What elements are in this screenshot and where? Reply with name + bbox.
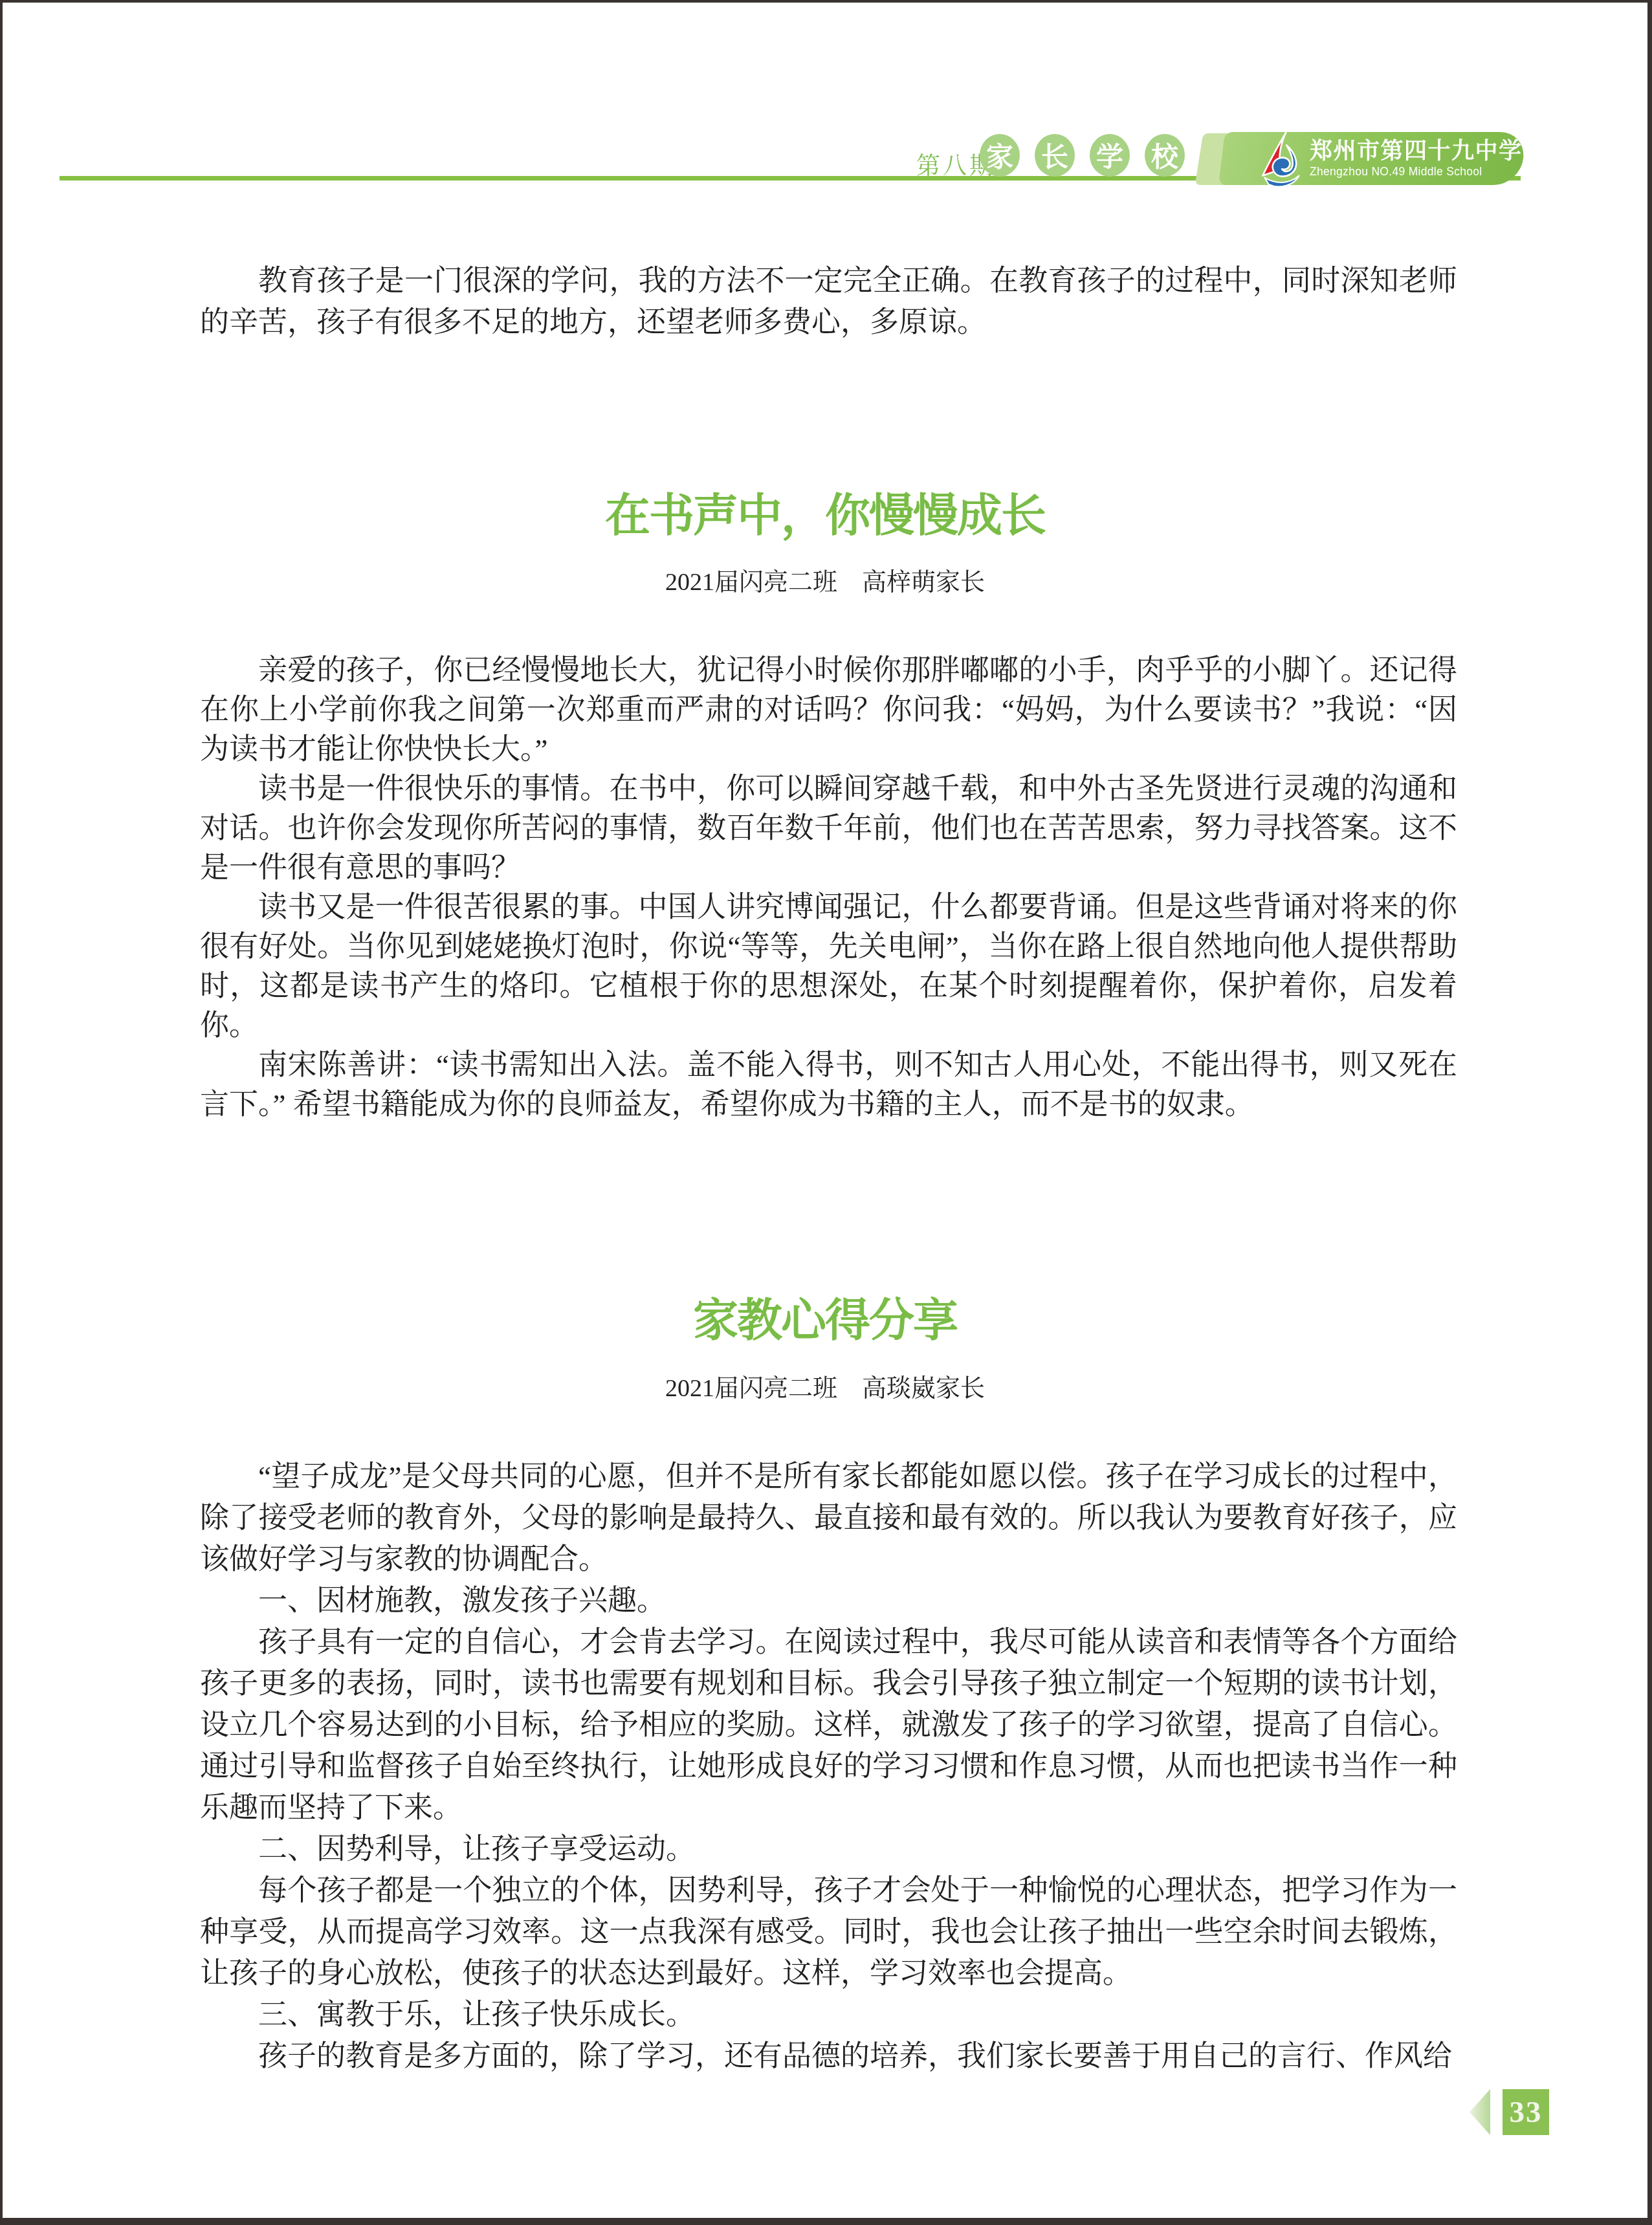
article-2-title: 家教心得分享 xyxy=(3,1291,1647,1350)
article-1-paragraph: 读书又是一件很苦很累的事。中国人讲究博闻强记，什么都要背诵。但是这些背诵对将来的… xyxy=(200,888,1457,1046)
masthead-circle-jia: 家 xyxy=(980,134,1020,177)
article-2-section-heading: 一、因材施教，激发孩子兴趣。 xyxy=(200,1580,1457,1621)
school-logo-icon xyxy=(1258,132,1305,188)
article-1-title: 在书声中，你慢慢成长 xyxy=(3,487,1647,545)
article-2-paragraph: 孩子具有一定的自信心，才会肯去学习。在阅读过程中，我尽可能从读音和表情等各个方面… xyxy=(200,1621,1457,1828)
article-1-paragraph: 读书是一件很快乐的事情。在书中，你可以瞬间穿越千载，和中外古圣先贤进行灵魂的沟通… xyxy=(200,769,1457,888)
article-2-section-heading: 三、寓教于乐，让孩子快乐成长。 xyxy=(200,1994,1457,2035)
article-2-body: “望子成龙”是父母共同的心愿，但并不是所有家长都能如愿以偿。孩子在学习成长的过程… xyxy=(200,1456,1457,2077)
school-banner-content: 郑州市第四十九中学 Zhengzhou NO.49 Middle School xyxy=(1222,132,1523,185)
school-banner: 郑州市第四十九中学 Zhengzhou NO.49 Middle School xyxy=(1218,132,1526,185)
article-1-paragraph: 南宋陈善讲：“读书需知出入法。盖不能入得书，则不知古人用心处，不能出得书，则又死… xyxy=(200,1046,1457,1124)
article-2-byline: 2021届闪亮二班 高琰崴家长 xyxy=(3,1373,1647,1404)
article-1-body: 亲爱的孩子，你已经慢慢地长大，犹记得小时候你那胖嘟嘟的小手，肉乎乎的小脚丫。还记… xyxy=(200,651,1457,1124)
article-2-paragraph: “望子成龙”是父母共同的心愿，但并不是所有家长都能如愿以偿。孩子在学习成长的过程… xyxy=(200,1456,1457,1580)
article-2-paragraph: 孩子的教育是多方面的，除了学习，还有品德的培养，我们家长要善于用自己的言行、作风… xyxy=(200,2035,1457,2077)
page-number-badge: 33 xyxy=(1503,2089,1549,2135)
article-1-byline: 2021届闪亮二班 高梓萌家长 xyxy=(3,567,1647,598)
school-name-block: 郑州市第四十九中学 Zhengzhou NO.49 Middle School xyxy=(1310,140,1523,177)
article-2-section-heading: 二、因势利导，让孩子享受运动。 xyxy=(200,1828,1457,1870)
masthead-circle-zhang: 长 xyxy=(1035,134,1075,177)
article-1-paragraph: 亲爱的孩子，你已经慢慢地长大，犹记得小时候你那胖嘟嘟的小手，肉乎乎的小脚丫。还记… xyxy=(200,651,1457,769)
article-2-paragraph: 每个孩子都是一个独立的个体，因势利导，孩子才会处于一种愉悦的心理状态，把学习作为… xyxy=(200,1870,1457,1994)
page-number-arrow-icon xyxy=(1470,2089,1490,2135)
masthead-title: 家 长 学 校 xyxy=(980,134,1185,177)
intro-paragraph: 教育孩子是一门很深的学问，我的方法不一定完全正确。在教育孩子的过程中，同时深知老… xyxy=(200,260,1457,343)
magazine-page: 第八期 家 长 学 校 郑州市第四十九中学 Zhengzhou NO.49 Mi… xyxy=(0,0,1652,2225)
school-name-cn: 郑州市第四十九中学 xyxy=(1310,140,1523,164)
school-name-en: Zhengzhou NO.49 Middle School xyxy=(1310,166,1523,177)
masthead-circle-xiao: 校 xyxy=(1145,134,1185,177)
masthead-circle-xue: 学 xyxy=(1090,134,1130,177)
